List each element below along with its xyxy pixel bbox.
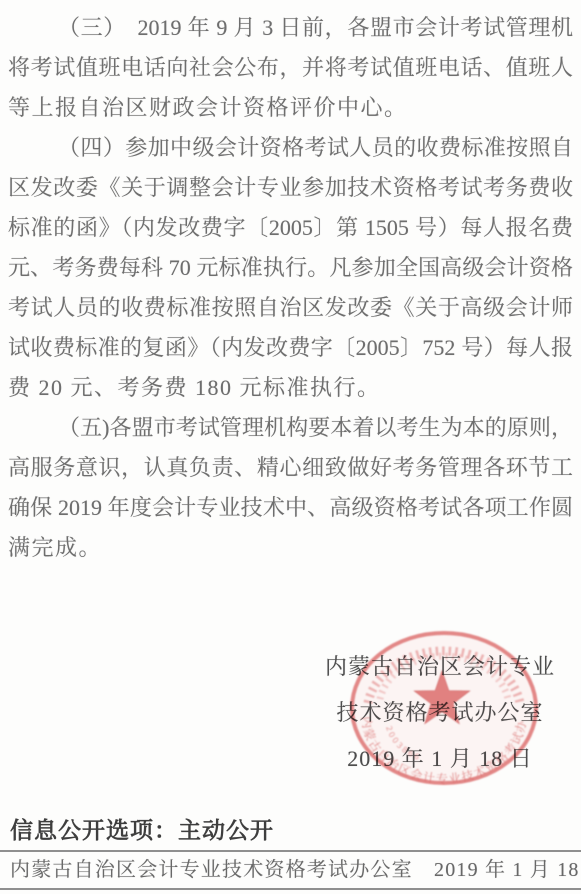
- paragraph-4-line: 考试人员的收费标准按照自治区发改委《关于高级会计师考: [8, 288, 573, 328]
- paragraph-5-line: 满完成。: [8, 528, 573, 568]
- paragraph-3-line: 等上报自治区财政会计资格评价中心。: [8, 88, 573, 128]
- paragraph-5-line: （五)各盟市考试管理机构要本着以考生为本的原则，提: [8, 408, 573, 448]
- paragraph-4-line: 试收费标准的复函》（内发改费字〔2005〕752 号）每人报名: [8, 328, 573, 368]
- paragraph-4-line: 标准的函》（内发改费字〔2005〕第 1505 号）每人报名费 20: [8, 208, 573, 248]
- scanned-document-page: （三） 2019 年 9 月 3 日前，各盟市会计考试管理机构 将考试值班电话向…: [0, 0, 581, 894]
- paragraph-4-line: （四）参加中级会计资格考试人员的收费标准按照自治: [8, 128, 573, 168]
- paragraph-4-line: 费 20 元、考务费 180 元标准执行。: [8, 368, 573, 408]
- paragraph-4-line: 元、考务费每科 70 元标准执行。凡参加全国高级会计资格: [8, 248, 573, 288]
- document-body: （三） 2019 年 9 月 3 日前，各盟市会计考试管理机构 将考试值班电话向…: [8, 8, 573, 568]
- disclosure-option-line: 信息公开选项：主动公开: [10, 812, 274, 845]
- footer-divider-bottom: [0, 888, 581, 890]
- paragraph-5-line: 高服务意识，认真负责、精心细致做好考务管理各环节工作，: [8, 448, 573, 488]
- official-seal-stamp: 内蒙古自治区会计专业技术资格考试办公室 2003866: [346, 629, 542, 791]
- footer-divider-top: [0, 850, 581, 852]
- paragraph-3-line: 将考试值班电话向社会公布，并将考试值班电话、值班人员: [8, 48, 573, 88]
- paragraph-3-line: （三） 2019 年 9 月 3 日前，各盟市会计考试管理机构: [8, 8, 573, 48]
- print-note-line: 内蒙古自治区会计专业技术资格考试办公室 2019 年 1 月 18 日印: [10, 857, 575, 884]
- paragraph-4-line: 区发改委《关于调整会计专业参加技术资格考试考务费收费: [8, 168, 573, 208]
- paragraph-5-line: 确保 2019 年度会计专业技术中、高级资格考试各项工作圆: [8, 488, 573, 528]
